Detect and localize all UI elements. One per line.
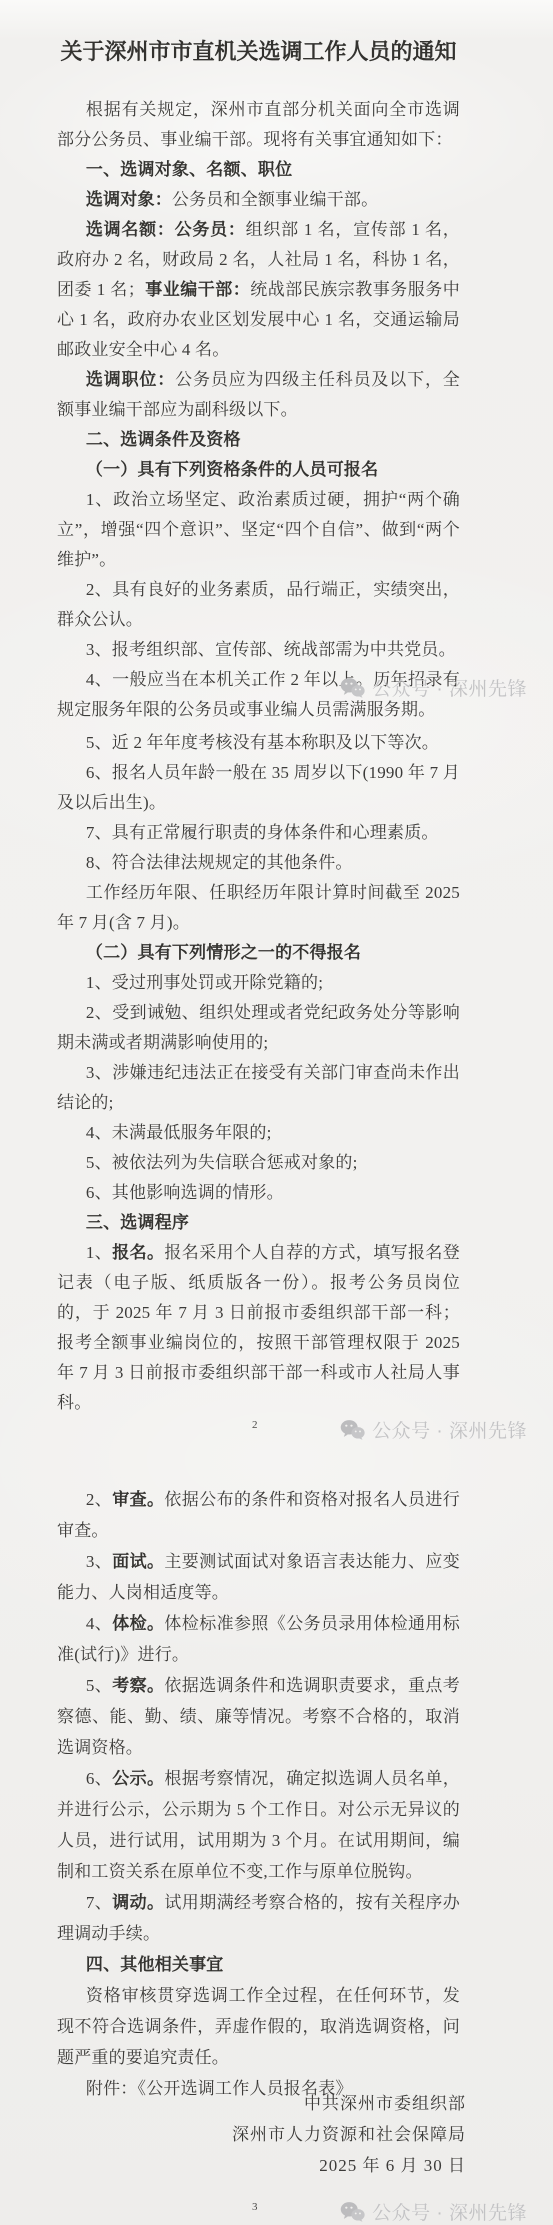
body-text: 1、受过刑事处罚或开除党籍的; [86, 973, 323, 992]
paragraph: 4、体检。体检标准参照《公务员录用体检通用标准(试行)》进行。 [57, 1608, 460, 1670]
paragraph: 选调名额：公务员：组织部 1 名，宣传部 1 名，政府办 2 名，财政局 2 名… [57, 215, 460, 365]
scanned-notice-page: { "document": { "title": "关于深州市市直机关选调工作人… [0, 0, 553, 2225]
page-1-footer: 1 公众号 · 深州先锋 [0, 672, 553, 704]
body-text: 4、未满最低服务年限的; [86, 1123, 272, 1142]
wechat-icon [340, 1419, 365, 1440]
paragraph: 资格审核贯穿选调工作全过程，在任何环节，发现不符合选调条件，弄虚作假的，取消选调… [57, 1980, 460, 2073]
section-heading: （一）具有下列资格条件的人员可报名 [57, 455, 460, 485]
page-3-content: 2、审查。依据公布的条件和资格对报名人员进行审查。3、面试。主要测试面试对象语言… [0, 1484, 553, 2104]
section-heading: 一、选调对象、名额、职位 [57, 155, 460, 185]
paragraph: 根据有关规定，深州市直部分机关面向全市选调部分公务员、事业编干部。现将有关事宜通… [57, 95, 460, 155]
body-text: 7、 [86, 1893, 112, 1912]
page-2-footer: 2 公众号 · 深州先锋 [0, 1414, 553, 1446]
body-text: 根据有关规定，深州市直部分机关面向全市选调部分公务员、事业编干部。现将有关事宜通… [57, 100, 460, 149]
signature-org-2: 深州市人力资源和社会保障局 [0, 2119, 466, 2150]
body-text: 4、 [86, 1614, 112, 1633]
bold-text: 公务员： [175, 220, 246, 239]
bold-text: 公示。 [112, 1769, 164, 1788]
page-number: 2 [252, 1419, 258, 1431]
wechat-icon [340, 677, 365, 698]
paragraph: 1、受过刑事处罚或开除党籍的; [57, 968, 460, 998]
paragraph: 1、政治立场坚定、政治素质过硬，拥护“两个确立”，增强“四个意识”、坚定“四个自… [57, 485, 460, 575]
body-text: 2、受到诫勉、组织处理或者党纪政务处分等影响期未满或者期满影响使用的; [57, 1003, 460, 1052]
paragraph: 2、受到诫勉、组织处理或者党纪政务处分等影响期未满或者期满影响使用的; [57, 998, 460, 1058]
body-text: 6、报名人员年龄一般在 35 周岁以下(1990 年 7 月及以后出生)。 [57, 763, 460, 812]
section-heading: 二、选调条件及资格 [57, 425, 460, 455]
page-number: 1 [252, 677, 258, 689]
paragraph: 1、报名。报名采用个人自荐的方式，填写报名登记表（电子版、纸质版各一份）。报考公… [57, 1238, 460, 1418]
body-text: 3、报考组织部、宣传部、统战部需为中共党员。 [86, 640, 456, 659]
signature-org-1: 中共深州市委组织部 [0, 2088, 466, 2119]
body-text: 8、符合法律法规规定的其他条件。 [86, 853, 353, 872]
paragraph: 2、审查。依据公布的条件和资格对报名人员进行审查。 [57, 1484, 460, 1546]
body-text: 6、 [86, 1769, 112, 1788]
paragraph: 2、具有良好的业务素质，品行端正，实绩突出，群众公认。 [57, 575, 460, 635]
section-heading: 三、选调程序 [57, 1208, 460, 1238]
paragraph: 3、报考组织部、宣传部、统战部需为中共党员。 [57, 635, 460, 665]
watermark: 公众号 · 深州先锋 [340, 1416, 527, 1443]
paragraph: 5、考察。依据选调条件和选调职责要求，重点考察德、能、勤、绩、廉等情况。考察不合… [57, 1670, 460, 1763]
bold-text: 选调对象： [86, 190, 172, 209]
paragraph: 5、被依法列为失信联合惩戒对象的; [57, 1148, 460, 1178]
body-text: 2、具有良好的业务素质，品行端正，实绩突出，群众公认。 [57, 580, 460, 629]
section-heading: 四、其他相关事宜 [57, 1949, 460, 1980]
body-text: 6、其他影响选调的情形。 [86, 1183, 284, 1202]
paragraph: 4、未满最低服务年限的; [57, 1118, 460, 1148]
bold-text: 事业编干部： [145, 280, 250, 299]
body-text: 3、 [86, 1552, 112, 1571]
paragraph: 选调对象：公务员和全额事业编干部。 [57, 185, 460, 215]
bold-text: 面试。 [112, 1552, 164, 1571]
page-1-content: 关于深州市市直机关选调工作人员的通知 根据有关规定，深州市直部分机关面向全市选调… [0, 35, 553, 725]
document-title: 关于深州市市直机关选调工作人员的通知 [57, 35, 460, 69]
body-text: 2、 [86, 1490, 112, 1509]
watermark: 公众号 · 深州先锋 [340, 2198, 527, 2225]
watermark-text: 公众号 · 深州先锋 [372, 1416, 527, 1443]
bold-text: 考察。 [112, 1676, 164, 1695]
paragraph: 3、面试。主要测试面试对象语言表达能力、应变能力、人岗相适度等。 [57, 1546, 460, 1608]
section-heading: （二）具有下列情形之一的不得报名 [57, 938, 460, 968]
body-text: 3、涉嫌违纪违法正在接受有关部门审查尚未作出结论的; [57, 1063, 460, 1112]
signature-date: 2025 年 6 月 30 日 [0, 2150, 466, 2181]
bold-text: 调动。 [112, 1893, 164, 1912]
body-text: 公务员和全额事业编干部。 [172, 190, 378, 209]
paragraph: 6、其他影响选调的情形。 [57, 1178, 460, 1208]
body-text: 5、 [86, 1676, 112, 1695]
page-2-content: 5、近 2 年年度考核没有基本称职及以下等次。6、报名人员年龄一般在 35 周岁… [0, 728, 553, 1418]
paragraph: 工作经历年限、任职经历年限计算时间截至 2025 年 7 月(含 7 月)。 [57, 878, 460, 938]
paragraph: 7、调动。试用期满经考察合格的，按有关程序办理调动手续。 [57, 1887, 460, 1949]
paragraph: 6、公示。根据考察情况，确定拟选调人员名单，并进行公示，公示期为 5 个工作日。… [57, 1763, 460, 1887]
body-text: 工作经历年限、任职经历年限计算时间截至 2025 年 7 月(含 7 月)。 [57, 883, 460, 932]
bold-text: 报名。 [112, 1243, 164, 1262]
body-text: 1、政治立场坚定、政治素质过硬，拥护“两个确立”，增强“四个意识”、坚定“四个自… [57, 490, 460, 569]
paragraph: 选调职位：公务员应为四级主任科员及以下，全额事业编干部应为副科级以下。 [57, 365, 460, 425]
body-text: 5、被依法列为失信联合惩戒对象的; [86, 1153, 358, 1172]
body-text: 资格审核贯穿选调工作全过程，在任何环节，发现不符合选调条件，弄虚作假的，取消选调… [57, 1986, 460, 2067]
bold-text: 选调职位： [86, 370, 175, 389]
watermark-text: 公众号 · 深州先锋 [372, 2198, 527, 2225]
paragraph: 8、符合法律法规规定的其他条件。 [57, 848, 460, 878]
body-text: 1、 [86, 1243, 112, 1262]
paragraph: 7、具有正常履行职责的身体条件和心理素质。 [57, 818, 460, 848]
bold-text: 审查。 [112, 1490, 164, 1509]
bold-text: 体检。 [112, 1614, 164, 1633]
bold-text: 选调名额： [86, 220, 175, 239]
body-text: 7、具有正常履行职责的身体条件和心理素质。 [86, 823, 439, 842]
page-3-footer: 3 公众号 · 深州先锋 [0, 2196, 553, 2225]
paragraph: 3、涉嫌违纪违法正在接受有关部门审查尚未作出结论的; [57, 1058, 460, 1118]
paragraph: 6、报名人员年龄一般在 35 周岁以下(1990 年 7 月及以后出生)。 [57, 758, 460, 818]
watermark: 公众号 · 深州先锋 [340, 674, 527, 701]
watermark-text: 公众号 · 深州先锋 [372, 674, 527, 701]
page-1-paragraphs: 根据有关规定，深州市直部分机关面向全市选调部分公务员、事业编干部。现将有关事宜通… [57, 95, 460, 725]
signature-block: 中共深州市委组织部 深州市人力资源和社会保障局 2025 年 6 月 30 日 [0, 2088, 466, 2181]
body-text: 报名采用个人自荐的方式，填写报名登记表（电子版、纸质版各一份）。报考公务员岗位的… [57, 1243, 460, 1412]
page-number: 3 [252, 2201, 258, 2213]
wechat-icon [340, 2201, 365, 2222]
paragraph: 5、近 2 年年度考核没有基本称职及以下等次。 [57, 728, 460, 758]
body-text: 5、近 2 年年度考核没有基本称职及以下等次。 [86, 733, 439, 752]
